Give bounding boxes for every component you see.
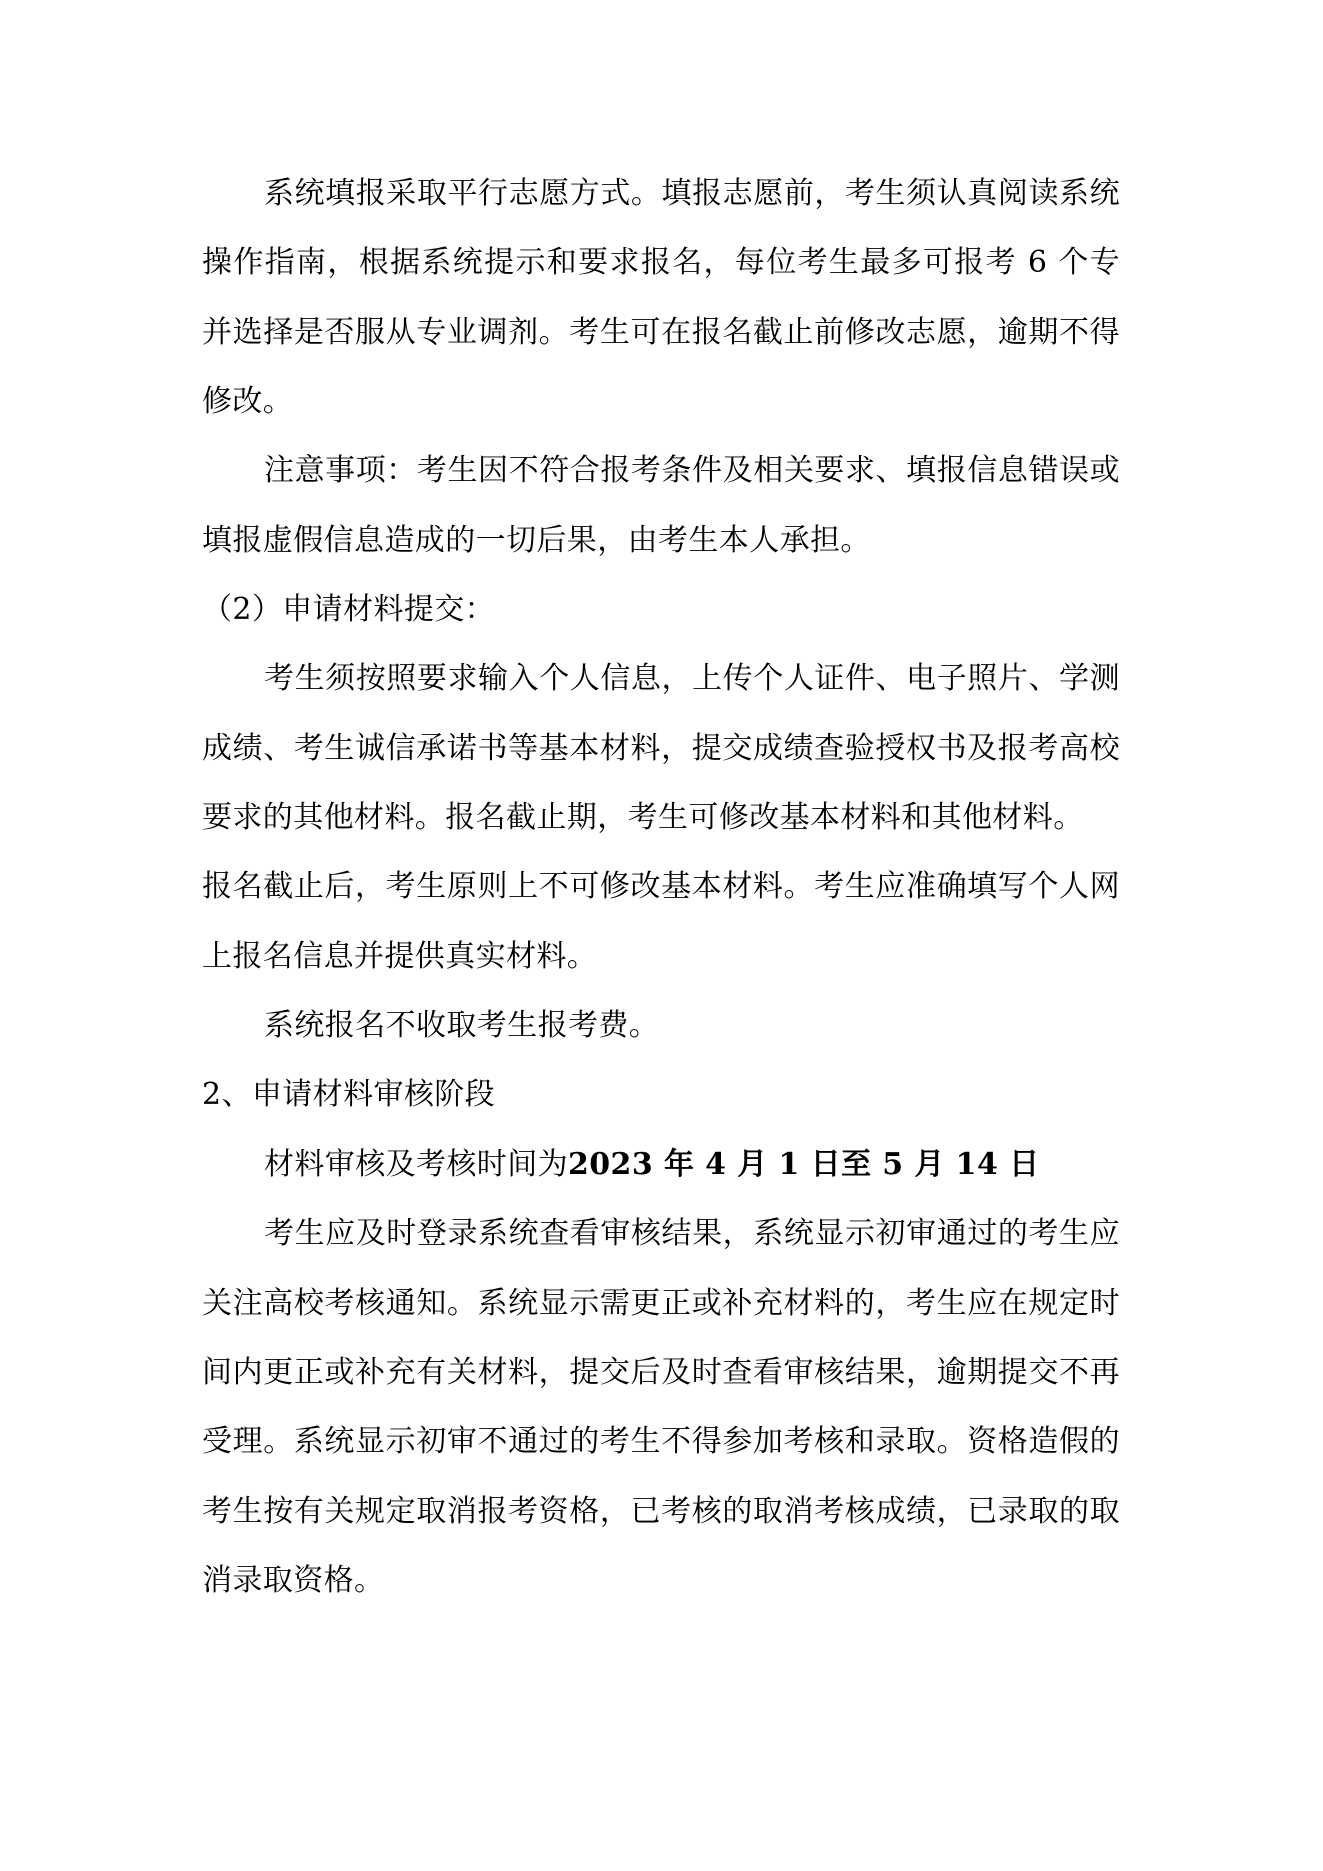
paragraph-volunteer-filling-line-3: 并选择是否服从专业调剂。考生可在报名截止前修改志愿，逾期不得: [202, 298, 1120, 367]
document-page: 系统填报采取平行志愿方式。填报志愿前，考生须认真阅读系统 操作指南，根据系统提示…: [0, 0, 1323, 1871]
paragraph-volunteer-filling-line-4: 修改。: [202, 367, 1120, 436]
heading-review-stage: 2、申请材料审核阶段: [202, 1060, 1120, 1129]
paragraph-review-result-line-1: 考生应及时登录系统查看审核结果，系统显示初审通过的考生应: [202, 1199, 1120, 1268]
paragraph-no-fee: 系统报名不收取考生报考费。: [202, 991, 1120, 1060]
paragraph-volunteer-filling-line-2: 操作指南，根据系统提示和要求报名，每位考生最多可报考 6 个专业，: [202, 228, 1120, 297]
review-time-dates: 2023 年 4 月 1 日至 5 月 14 日: [568, 1147, 1039, 1182]
paragraph-review-result-line-3: 间内更正或补充有关材料，提交后及时查看审核结果，逾期提交不再: [202, 1338, 1120, 1407]
document-body: 系统填报采取平行志愿方式。填报志愿前，考生须认真阅读系统 操作指南，根据系统提示…: [202, 159, 1120, 1615]
paragraph-review-result-line-5: 考生按有关规定取消报考资格，已考核的取消考核成绩，已录取的取: [202, 1477, 1120, 1546]
paragraph-materials-line-4: 报名截止后，考生原则上不可修改基本材料。考生应准确填写个人网: [202, 852, 1120, 921]
paragraph-materials-line-5: 上报名信息并提供真实材料。: [202, 922, 1120, 991]
review-time-prefix: 材料审核及考核时间为: [264, 1147, 568, 1182]
paragraph-review-result-line-6: 消录取资格。: [202, 1546, 1120, 1615]
paragraph-review-result-line-4: 受理。系统显示初审不通过的考生不得参加考核和录取。资格造假的: [202, 1407, 1120, 1476]
paragraph-notice-line-2: 填报虚假信息造成的一切后果，由考生本人承担。: [202, 506, 1120, 575]
paragraph-materials-line-2: 成绩、考生诚信承诺书等基本材料，提交成绩查验授权书及报考高校: [202, 714, 1120, 783]
paragraph-materials-line-3: 要求的其他材料。报名截止期，考生可修改基本材料和其他材料。: [202, 783, 1120, 852]
paragraph-review-result-line-2: 关注高校考核通知。系统显示需更正或补充材料的，考生应在规定时: [202, 1269, 1120, 1338]
paragraph-volunteer-filling-line-1: 系统填报采取平行志愿方式。填报志愿前，考生须认真阅读系统: [202, 159, 1120, 228]
subheading-application-materials: （2）申请材料提交：: [202, 575, 1120, 644]
paragraph-review-time: 材料审核及考核时间为2023 年 4 月 1 日至 5 月 14 日: [202, 1130, 1120, 1199]
paragraph-materials-line-1: 考生须按照要求输入个人信息，上传个人证件、电子照片、学测: [202, 644, 1120, 713]
paragraph-notice-line-1: 注意事项：考生因不符合报考条件及相关要求、填报信息错误或: [202, 436, 1120, 505]
